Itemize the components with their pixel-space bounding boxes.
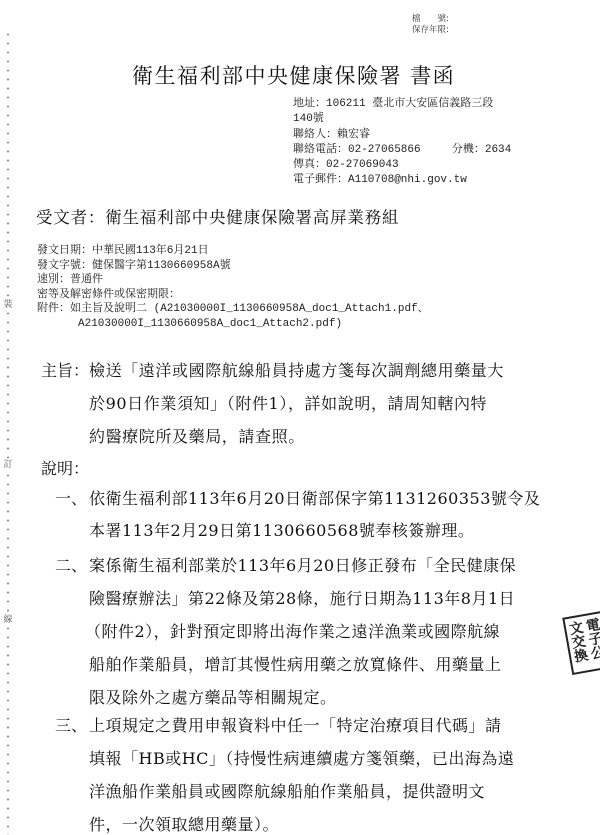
phone-row: 聯絡電話：02-27065866 分機：2634 bbox=[293, 143, 511, 158]
item-line: 險醫療辦法」第22條及第28條，施行日期為113年8月1日 bbox=[89, 586, 515, 609]
binding-mark-bind: 裝 bbox=[2, 300, 14, 310]
archive-fields: 檔 號: 保存年限: bbox=[412, 14, 449, 36]
email-link[interactable]: A110708@nhi.gov.tw bbox=[348, 174, 467, 186]
document-title: 衛生福利部中央健康保險署 書函 bbox=[132, 60, 455, 90]
fax-label: 傳真： bbox=[293, 159, 326, 171]
address-line1: 106211 臺北市大安區信義路三段 bbox=[326, 98, 493, 110]
item-line: 限及除外之處方藥品等相關規定。 bbox=[89, 685, 337, 708]
address-line2: 140號 bbox=[293, 113, 324, 125]
secrecy-label: 密等及解密條件或保密期限： bbox=[37, 289, 180, 301]
recipient: 受文者：衛生福利部中央健康保險署高屏業務組 bbox=[36, 204, 399, 228]
binding-mark-line: 線 bbox=[2, 615, 14, 625]
issue-number: 健保醫字第1130660958A號 bbox=[92, 260, 231, 272]
contact-person-label: 聯絡人： bbox=[293, 129, 337, 141]
subject-line: 於90日作業須知」（附件1），詳如說明，請周知轄內特 bbox=[89, 388, 487, 420]
contact-person-row: 聯絡人：賴宏睿 bbox=[293, 128, 511, 143]
contact-block: 地址：106211 臺北市大安區信義路三段 140號 聯絡人：賴宏睿 聯絡電話：… bbox=[293, 97, 511, 189]
binding-mark-staple: 訂 bbox=[2, 460, 14, 470]
contact-person: 賴宏睿 bbox=[337, 129, 370, 141]
subject-line: 檢送「遠洋或國際航線船員持處方箋每次調劑總用藥量大 bbox=[89, 355, 504, 387]
email-label: 電子郵件： bbox=[293, 174, 348, 186]
address-row: 地址：106211 臺北市大安區信義路三段 bbox=[293, 97, 511, 112]
colon: : bbox=[446, 14, 449, 24]
item-line: （附件2），針對預定即將出海作業之遠洋漁業或國際航線 bbox=[85, 619, 500, 642]
retention-row: 保存年限: bbox=[412, 25, 449, 36]
secrecy-row: 密等及解密條件或保密期限： bbox=[37, 288, 429, 303]
file-number-row: 檔 號: bbox=[412, 14, 449, 25]
email-row: 電子郵件：A110708@nhi.gov.tw bbox=[293, 173, 511, 188]
item-line: 上項規定之費用申報資料中任一「特定治療項目代碼」請 bbox=[89, 713, 502, 736]
item-line: 案係衛生福利部業於113年6月20日修正發布「全民健康保 bbox=[89, 553, 516, 576]
phone-label: 聯絡電話： bbox=[293, 144, 348, 156]
attachment-row-cont: A21030000I_1130660958A_doc1_Attach2.pdf) bbox=[37, 317, 429, 332]
issue-date-label: 發文日期： bbox=[37, 245, 92, 257]
attachment-label: 附件： bbox=[37, 303, 70, 315]
item-number: 三、 bbox=[55, 713, 87, 736]
colon: : bbox=[446, 25, 449, 35]
fax-number: 02-27069043 bbox=[326, 159, 399, 171]
fax-row: 傳真：02-27069043 bbox=[293, 158, 511, 173]
subject-line: 約醫療院所及藥局，請查照。 bbox=[89, 421, 305, 453]
file-number-label: 檔 號 bbox=[412, 14, 446, 24]
item-line: 件，一次領取總用藥量）。 bbox=[89, 812, 279, 835]
address-label: 地址： bbox=[293, 98, 326, 110]
delivery-speed-label: 速別： bbox=[37, 274, 70, 286]
issue-date: 中華民國113年6月21日 bbox=[92, 245, 209, 257]
attachment-row: 附件：如主旨及說明二 (A21030000I_1130660958A_doc1_… bbox=[37, 302, 429, 317]
delivery-speed-row: 速別：普通件 bbox=[37, 273, 429, 288]
retention-label: 保存年限 bbox=[412, 25, 446, 35]
item-line: 依衛生福利部113年6月20日衛部保字第1131260353號令及 bbox=[89, 486, 540, 509]
item-number: 二、 bbox=[55, 553, 87, 576]
issue-date-row: 發文日期：中華民國113年6月21日 bbox=[37, 244, 429, 259]
recipient-value: 衛生福利部中央健康保險署高屏業務組 bbox=[105, 208, 399, 227]
subject-label: 主旨： bbox=[41, 355, 89, 387]
issue-number-row: 發文字號：健保醫字第1130660958A號 bbox=[37, 259, 429, 274]
explanation-label: 說明： bbox=[41, 456, 89, 479]
binding-dotted-line bbox=[7, 30, 9, 835]
electronic-document-stamp: 電子公文交換 bbox=[562, 611, 600, 675]
address-row-cont: 140號 bbox=[293, 112, 511, 127]
extension: 2634 bbox=[485, 144, 511, 156]
item-line: 洋漁船作業船員或國際航線船舶作業船員，提供證明文 bbox=[89, 779, 485, 802]
document-meta: 發文日期：中華民國113年6月21日 發文字號：健保醫字第1130660958A… bbox=[37, 244, 429, 332]
recipient-label: 受文者： bbox=[36, 208, 105, 227]
attachment-link-2[interactable]: A21030000I_1130660958A_doc1_Attach2.pdf) bbox=[78, 318, 342, 330]
attachment-link-1[interactable]: 如主旨及說明二 (A21030000I_1130660958A_doc1_Att… bbox=[70, 303, 429, 315]
item-line: 填報「HB或HC」（持慢性病連續處方箋領藥，已出海為遠 bbox=[89, 746, 514, 769]
phone-number: 02-27065866 bbox=[348, 144, 421, 156]
item-line: 船舶作業船員，增訂其慢性病用藥之放寬條件、用藥量上 bbox=[89, 652, 502, 675]
delivery-speed: 普通件 bbox=[70, 274, 103, 286]
issue-number-label: 發文字號： bbox=[37, 260, 92, 272]
item-line: 本署113年2月29日第1130660568號奉核簽辦理。 bbox=[89, 518, 474, 541]
item-number: 一、 bbox=[55, 486, 87, 509]
extension-label: 分機： bbox=[452, 144, 485, 156]
